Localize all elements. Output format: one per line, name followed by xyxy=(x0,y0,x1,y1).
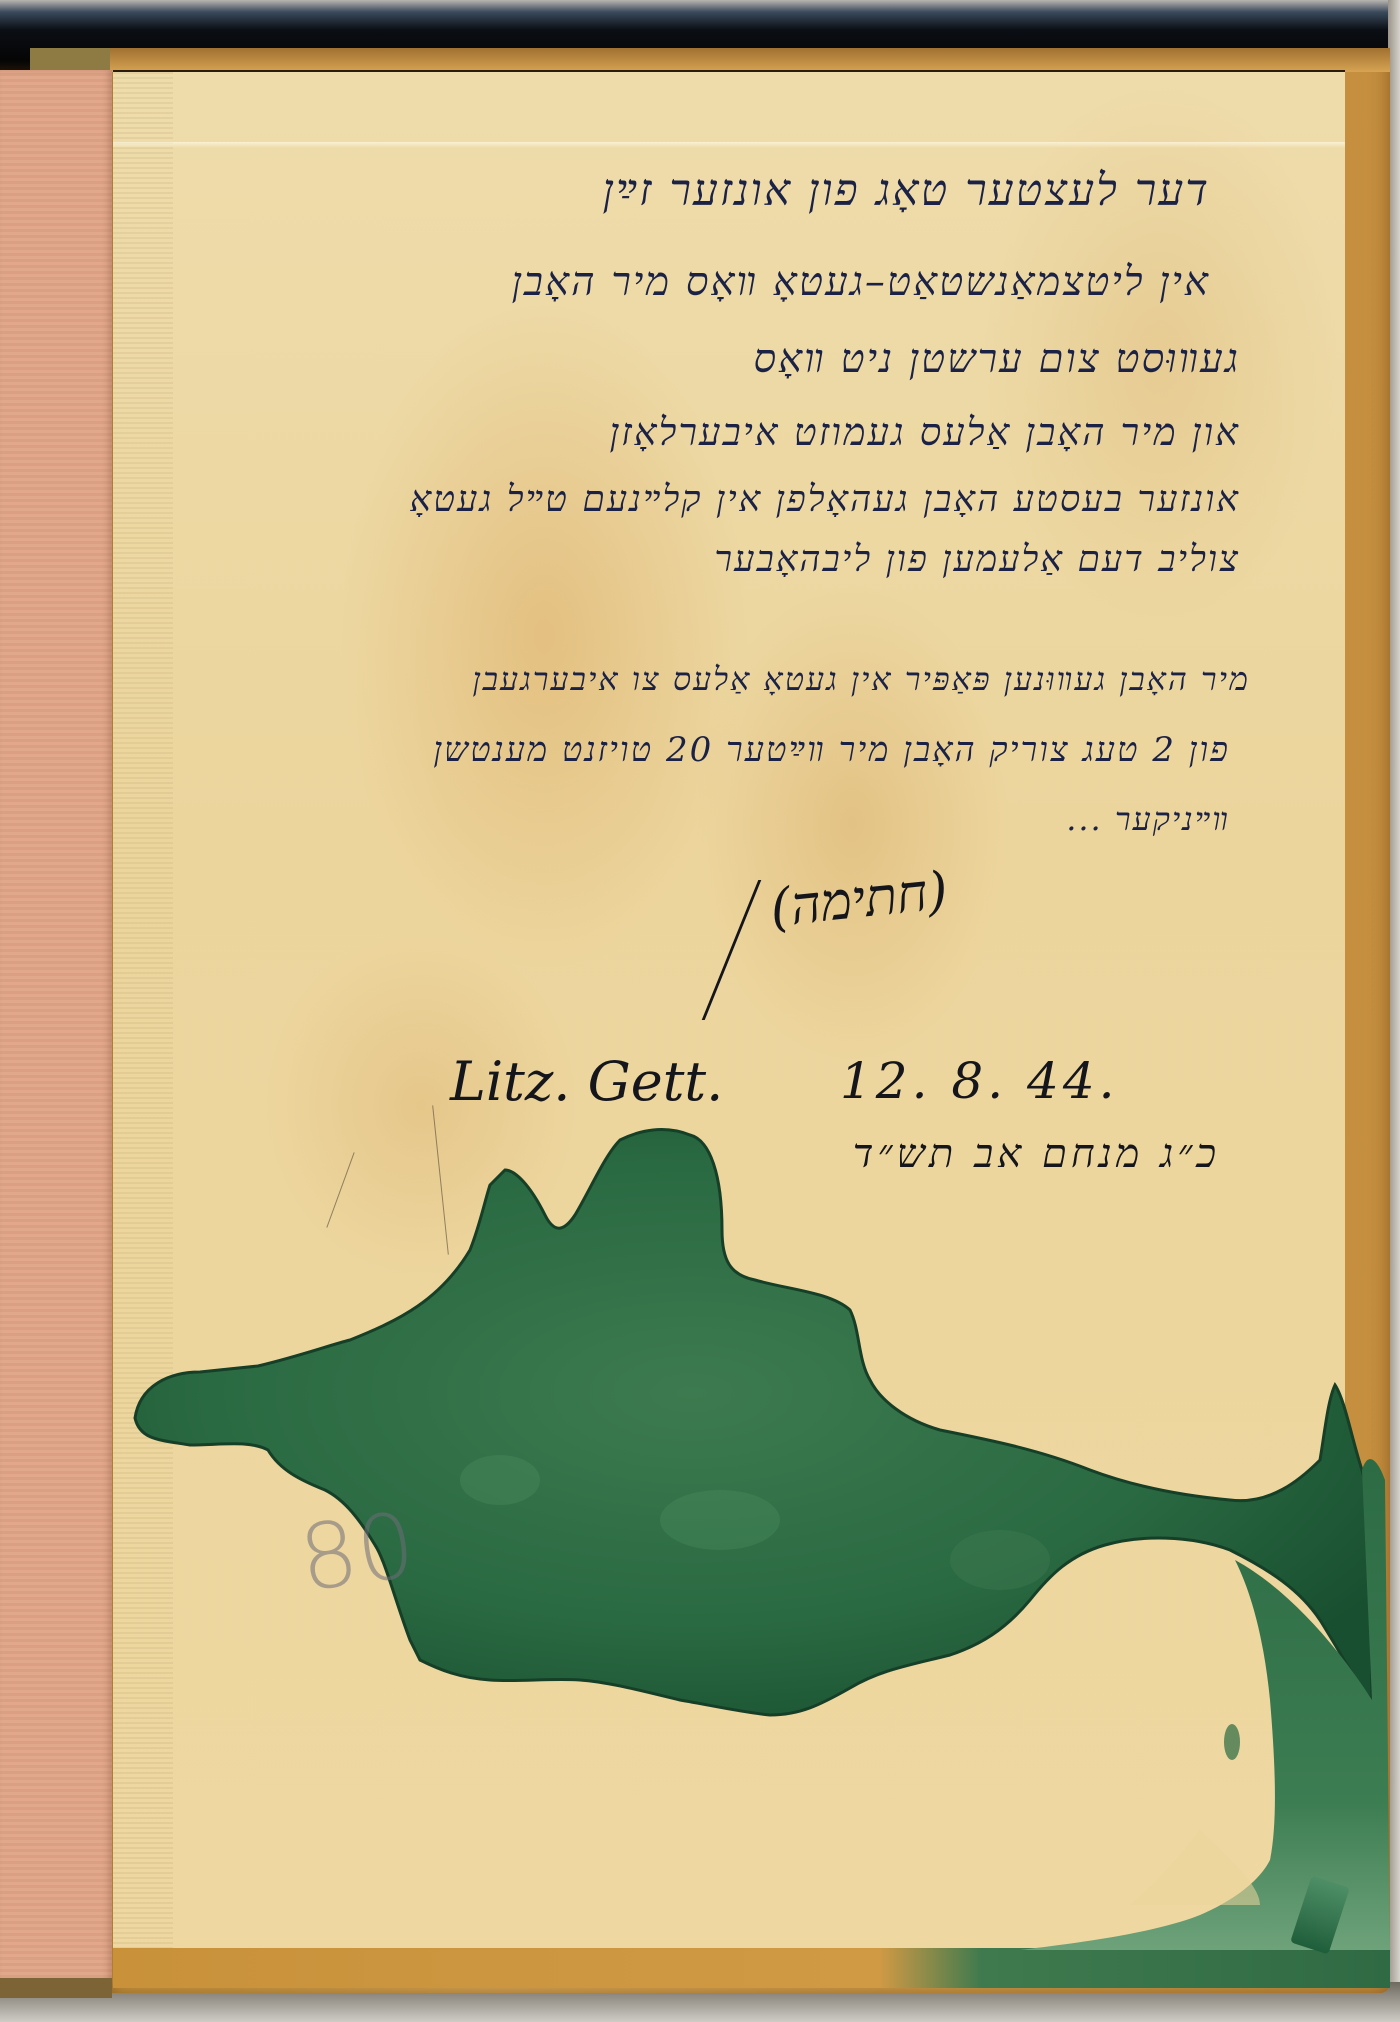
cover-top-edge xyxy=(110,48,1390,72)
page-fold-crease xyxy=(113,142,1345,148)
cover-bottom-edge xyxy=(113,1948,1390,1988)
pencil-number: 80 xyxy=(293,1493,421,1613)
spine-cap xyxy=(30,48,110,70)
spine-cloth xyxy=(0,70,112,1985)
inscription-line-5: אונזער בעסטע האָבן געהאָלפן אין קלײנעם ט… xyxy=(410,478,1240,520)
inscription-line-1: דער לעצטער טאָג פון אונזער זײַן xyxy=(602,165,1210,216)
inscription-line-6: צוליב דעם אַלעמען פון ליבהאָבער xyxy=(714,538,1240,580)
inscription-line-3: געװוּסט צום ערשטן ניט װאָס xyxy=(753,335,1240,382)
paper-texture xyxy=(113,72,173,1950)
inscription-line-7: מיר האָבן געװוּנען פּאַפּיר אין געטאָ אַ… xyxy=(472,660,1250,698)
inscription-line-2: אין ליטצמאַנשטאַט–געטאָ װאָס מיר האָבן xyxy=(512,258,1210,305)
inscription-line-9: װײניקער ... xyxy=(1066,800,1230,838)
date-latin: 12. 8. 44. xyxy=(840,1052,1119,1110)
date-hebrew: כ״ג מנחם אב תש״ד xyxy=(853,1130,1220,1177)
inscription-line-4: און מיר האָבן אַלעס געמוזט איבערלאָזן xyxy=(610,410,1241,455)
inscription-line-8: פון 2 טעג צוריק האָבן מיר װײַטער 20 טויז… xyxy=(433,730,1230,770)
place-latin: Litz. Gett. xyxy=(450,1050,723,1113)
spine-foot xyxy=(0,1978,112,1998)
